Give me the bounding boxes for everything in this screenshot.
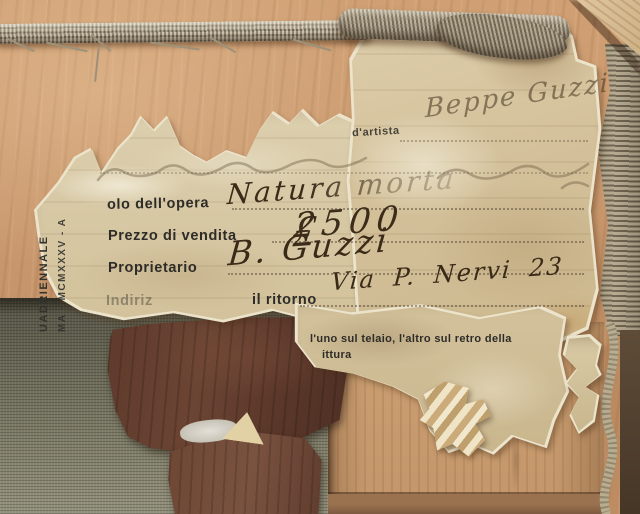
label-field-price: Prezzo di vendita [108,228,237,244]
label-field-return: il ritorno [252,292,317,308]
label-strip-quadriennale: UADRIENNALE [38,198,50,332]
faded-handwriting-stroke [432,146,622,206]
dotted-leader [300,305,584,307]
label-field-title: olo dell'opera [107,195,209,213]
dotted-leader [232,208,584,210]
label-field-artist: d'artista [352,125,400,139]
dotted-leader [400,140,588,142]
photo-back-of-painting: UADRIENNALE MA · MCMXXXV - A d'artista B… [0,0,640,514]
label-field-return-torn: Indiriz [106,293,153,309]
label-note-line1: l'uno sul telaio, l'altro sul retro dell… [310,333,512,345]
label-text-layer: UADRIENNALE MA · MCMXXXV - A d'artista B… [0,0,640,514]
label-strip-roma-year: MA · MCMXXXV - A [57,198,68,332]
handwritten-artist-name: Beppe Guzzi [425,68,610,124]
label-field-owner: Proprietario [108,260,197,276]
label-note-line2: ittura [322,349,352,361]
